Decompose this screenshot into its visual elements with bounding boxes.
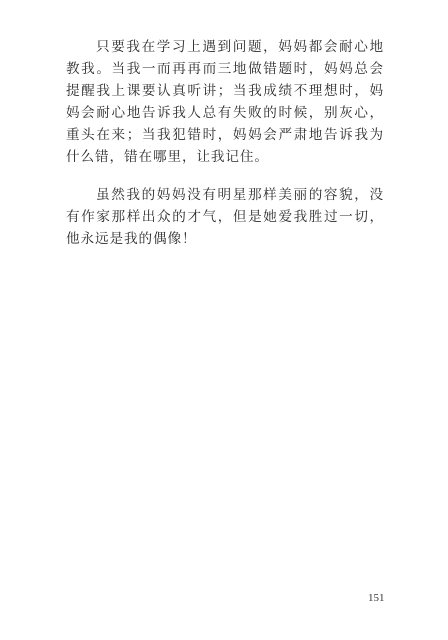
- paragraph-1: 只要我在学习上遇到问题，妈妈都会耐心地教我。当我一而再再而三地做错题时，妈妈总会…: [66, 36, 384, 168]
- document-page: 只要我在学习上遇到问题，妈妈都会耐心地教我。当我一而再再而三地做错题时，妈妈总会…: [0, 0, 448, 640]
- page-number: 151: [368, 592, 385, 604]
- paragraph-2: 虽然我的妈妈没有明星那样美丽的容貌，没有作家那样出众的才气，但是她爱我胜过一切，…: [66, 184, 384, 250]
